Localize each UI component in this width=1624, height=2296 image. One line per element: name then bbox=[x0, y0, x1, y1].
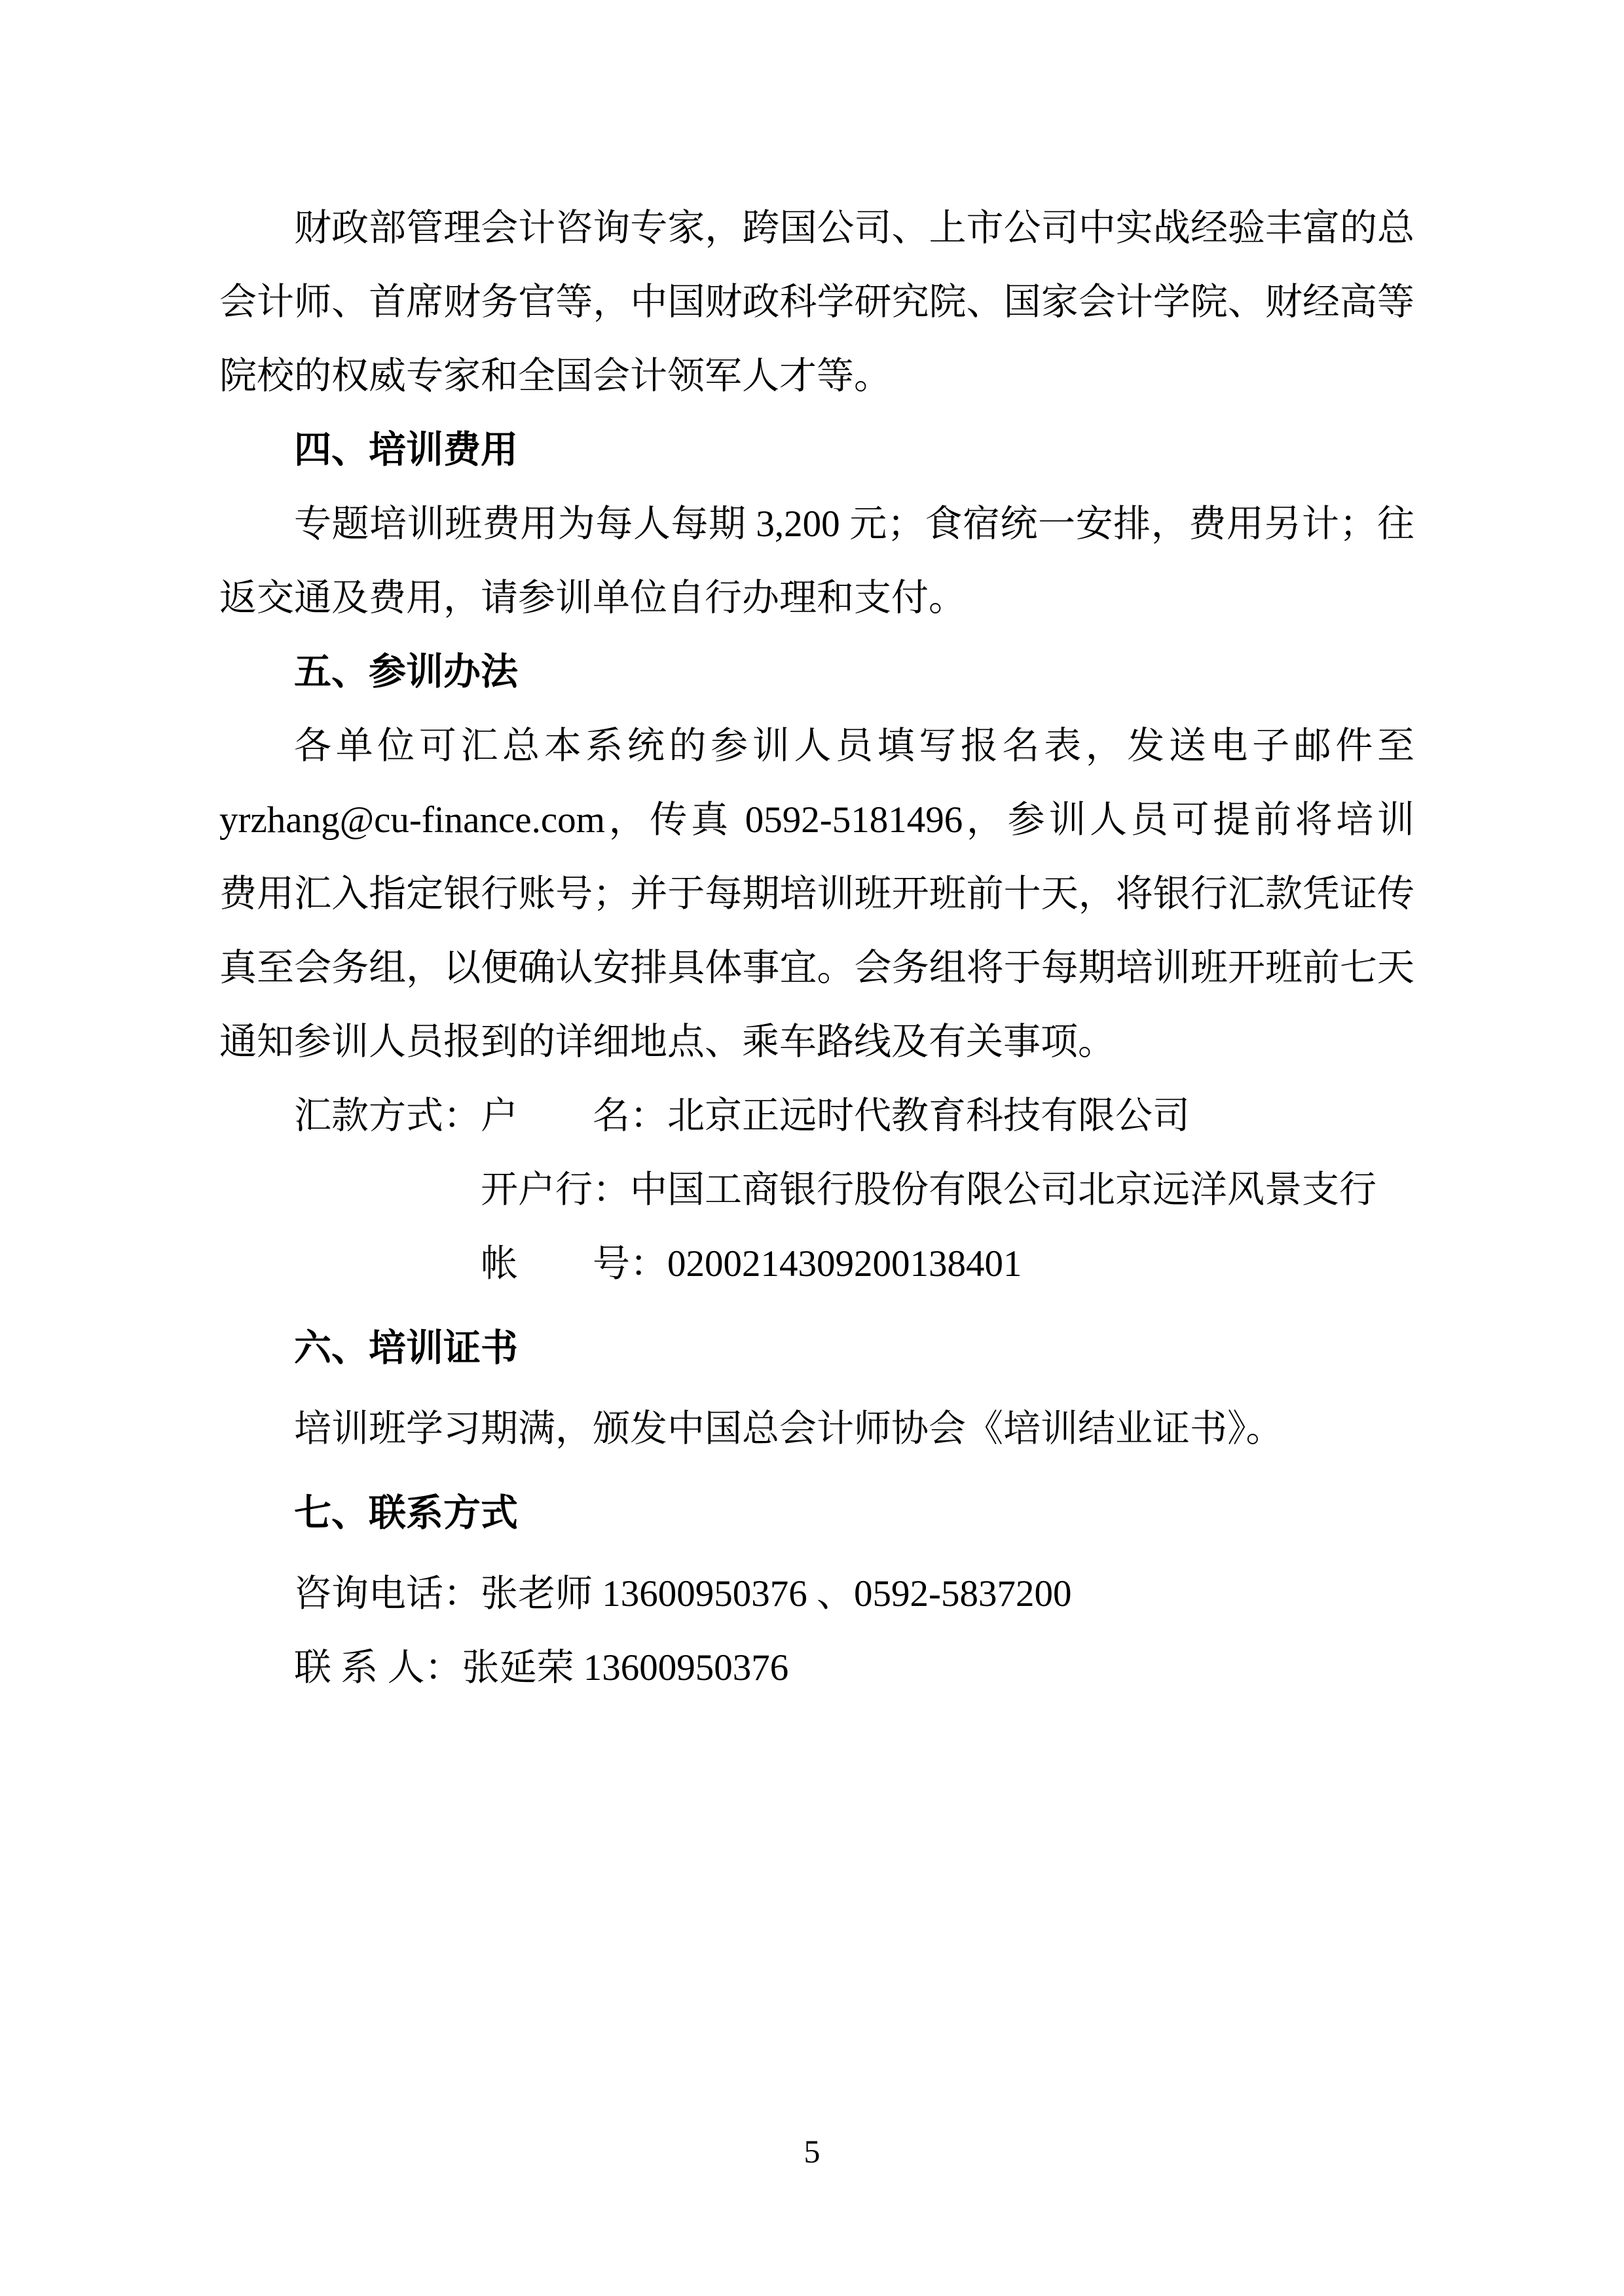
registration-line-email: yrzhang@cu-finance.com，传真 0592-5181496，参… bbox=[219, 783, 1414, 857]
fee-line: 返交通及费用，请参训单位自行办理和支付。 bbox=[219, 561, 1414, 635]
intro-paragraph: 财政部管理会计咨询专家，跨国公司、上市公司中实战经验丰富的总 会计师、首席财务官… bbox=[219, 191, 1414, 413]
section-contact: 七、联系方式 咨询电话：张老师 13600950376 、0592-583720… bbox=[219, 1476, 1414, 1705]
contact-phone-line: 咨询电话：张老师 13600950376 、0592-5837200 bbox=[219, 1557, 1414, 1631]
intro-line: 院校的权威专家和全国会计领军人才等。 bbox=[219, 339, 1414, 413]
registration-line: 通知参训人员报到的详细地点、乘车路线及有关事项。 bbox=[219, 1005, 1414, 1079]
contact-person-line: 联 系 人：张延荣 13600950376 bbox=[219, 1631, 1414, 1705]
registration-line: 真至会务组，以便确认安排具体事宜。会务组将于每期培训班开班前七天 bbox=[219, 931, 1414, 1005]
registration-line: 各单位可汇总本系统的参训人员填写报名表，发送电子邮件至 bbox=[219, 709, 1414, 783]
intro-line: 会计师、首席财务官等，中国财政科学研究院、国家会计学院、财经高等 bbox=[219, 265, 1414, 339]
section-training-fee: 四、培训费用 专题培训班费用为每人每期 3,200 元；食宿统一安排，费用另计；… bbox=[219, 413, 1414, 635]
registration-line: 费用汇入指定银行账号；并于每期培训班开班前十天，将银行汇款凭证传 bbox=[219, 857, 1414, 931]
page-footer: 5 bbox=[0, 2132, 1624, 2171]
remittance-account-number: 帐 号：0200214309200138401 bbox=[219, 1227, 1414, 1301]
page-content: 财政部管理会计咨询专家，跨国公司、上市公司中实战经验丰富的总 会计师、首席财务官… bbox=[219, 191, 1414, 1705]
remittance-bank: 开户行：中国工商银行股份有限公司北京远洋风景支行 bbox=[219, 1153, 1414, 1227]
section-certificate: 六、培训证书 培训班学习期满，颁发中国总会计师协会《培训结业证书》。 bbox=[219, 1311, 1414, 1466]
section-heading-contact: 七、联系方式 bbox=[219, 1476, 1414, 1550]
page-number: 5 bbox=[804, 2133, 821, 2170]
section-heading-certificate: 六、培训证书 bbox=[219, 1311, 1414, 1385]
section-heading-registration: 五、参训办法 bbox=[219, 635, 1414, 709]
section-registration-method: 五、参训办法 各单位可汇总本系统的参训人员填写报名表，发送电子邮件至 yrzha… bbox=[219, 635, 1414, 1301]
remittance-account-name: 汇款方式：户 名：北京正远时代教育科技有限公司 bbox=[219, 1079, 1414, 1153]
intro-line: 财政部管理会计咨询专家，跨国公司、上市公司中实战经验丰富的总 bbox=[219, 191, 1414, 265]
document-page: 财政部管理会计咨询专家，跨国公司、上市公司中实战经验丰富的总 会计师、首席财务官… bbox=[0, 0, 1624, 2296]
certificate-line: 培训班学习期满，颁发中国总会计师协会《培训结业证书》。 bbox=[219, 1392, 1414, 1466]
fee-line: 专题培训班费用为每人每期 3,200 元；食宿统一安排，费用另计；往 bbox=[219, 487, 1414, 561]
section-heading-fee: 四、培训费用 bbox=[219, 413, 1414, 487]
